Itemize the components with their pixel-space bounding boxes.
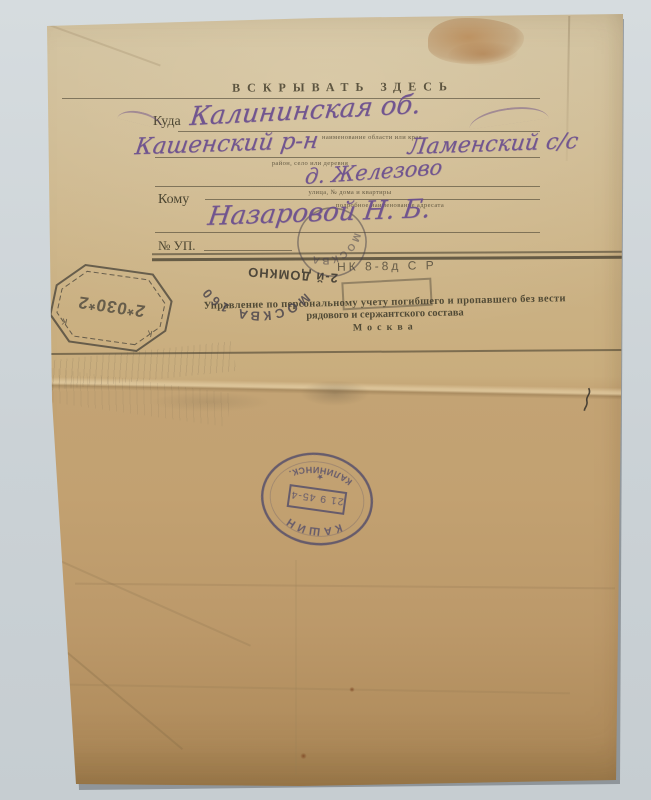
crease-bottom (70, 684, 570, 695)
up-label: № УП. (158, 238, 196, 254)
handwriting-district: Кашенский р-н (133, 128, 320, 161)
crease-top-left (47, 24, 160, 67)
postage-due-octagon-stamp: 2*030*2 К К (42, 258, 180, 357)
photo-backdrop: ВСКРЫВАТЬ ЗДЕСЬ Куда наименование област… (0, 0, 651, 800)
svg-text:МОСКВА 160: МОСКВА 160 (196, 283, 314, 327)
up-line (204, 250, 292, 251)
moskva-arc-text: МОСКВА 160 (196, 283, 314, 327)
document-paper: ВСКРЫВАТЬ ЗДЕСЬ Куда наименование област… (0, 0, 651, 800)
kashin-postmark: КАШИН КАЛИНИНСК. 21 9 45-4 ★ (252, 442, 382, 555)
address-line-3 (155, 186, 540, 187)
komu-label: Кому (158, 192, 189, 208)
ink-smudge (150, 392, 270, 412)
ink-squiggle (578, 385, 596, 415)
octagon-value: 2*030*2 (76, 293, 147, 321)
octagon-letter-left: К (145, 328, 153, 339)
crease-vertical-bottom (295, 560, 297, 775)
pen-stroke (467, 103, 548, 130)
stain-top-small (448, 42, 518, 66)
small-postmark-text: МОСКВА (306, 228, 369, 275)
crease-bottom-left-diagonal (49, 555, 251, 646)
squiggle-path (584, 388, 590, 411)
kashin-star: ★ (316, 472, 324, 482)
octagon-letter-right: К (60, 316, 68, 327)
stain-speck (300, 753, 307, 759)
crease-corner-bottom-left (67, 652, 183, 750)
svg-text:МОСКВА: МОСКВА (306, 228, 369, 275)
handwriting-region: Калининская об. (188, 90, 422, 132)
nko-stamp-box (341, 278, 432, 311)
crease-mid-low (75, 583, 615, 590)
stain-speck (349, 687, 355, 692)
moskva-160-postmark-arc: МОСКВА 160 (188, 274, 322, 338)
double-rule-thin (152, 251, 624, 255)
ink-smudge (300, 380, 370, 406)
